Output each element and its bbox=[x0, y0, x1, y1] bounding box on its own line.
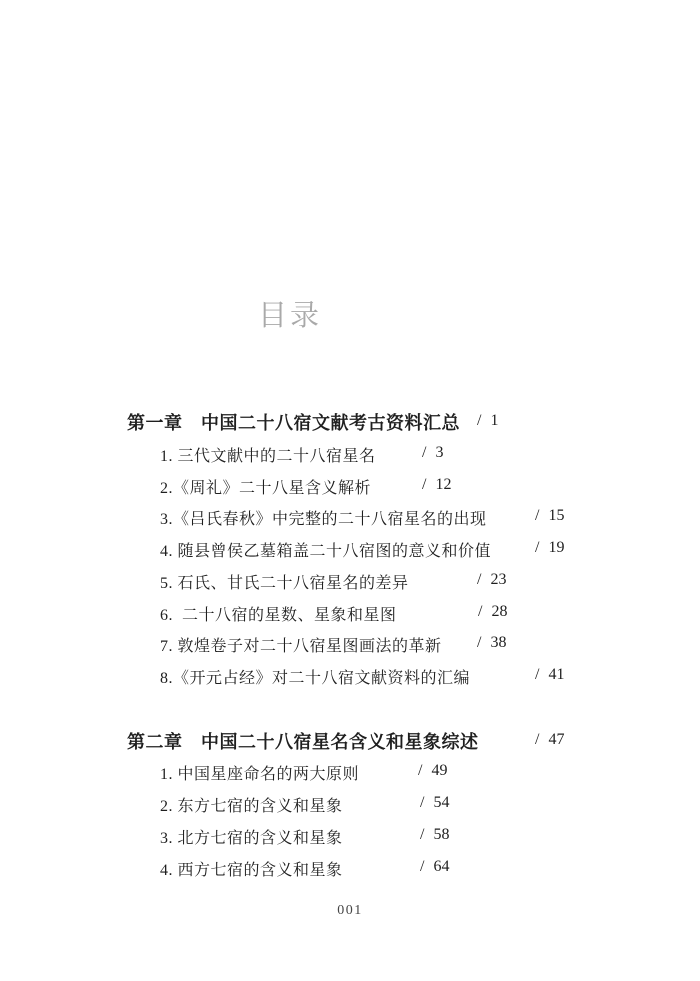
toc-item-row: 1. 中国星座命名的两大原则 / 49 bbox=[0, 761, 700, 787]
toc-item-title: 7. 敦煌卷子对二十八宿星图画法的革新 bbox=[160, 633, 442, 656]
toc-chapter-row: 第一章 中国二十八宿文献考古资料汇总 / 1 bbox=[0, 409, 700, 435]
toc-title: 目录 bbox=[258, 293, 322, 334]
toc-item-row: 5. 石氏、甘氏二十八宿星名的差异 / 23 bbox=[0, 570, 700, 596]
toc-page-ref: / 58 bbox=[420, 826, 449, 844]
toc-item-title: 5. 石氏、甘氏二十八宿星名的差异 bbox=[160, 570, 409, 593]
toc-item-title: 6. 二十八宿的星数、星象和星图 bbox=[160, 602, 397, 625]
toc-item-row: 7. 敦煌卷子对二十八宿星图画法的革新 / 38 bbox=[0, 633, 700, 659]
toc-page-ref: / 49 bbox=[418, 762, 447, 780]
toc-page-ref: / 41 bbox=[535, 666, 564, 684]
toc-chapter-row: 第二章 中国二十八宿星名含义和星象综述 / 47 bbox=[0, 728, 700, 754]
toc-page-ref: / 23 bbox=[477, 571, 506, 589]
folio-page-number: 001 bbox=[0, 903, 700, 919]
toc-page-ref: / 28 bbox=[478, 603, 507, 621]
toc-chapter-title: 第二章 中国二十八宿星名含义和星象综述 bbox=[127, 728, 479, 754]
toc-item-row: 3.《吕氏春秋》中完整的二十八宿星名的出现 / 15 bbox=[0, 506, 700, 532]
toc-item-row: 4. 西方七宿的含义和星象 / 64 bbox=[0, 857, 700, 883]
toc-item-title: 1. 中国星座命名的两大原则 bbox=[160, 761, 359, 784]
toc-item-title: 1. 三代文献中的二十八宿星名 bbox=[160, 443, 376, 466]
toc-item-row: 2. 东方七宿的含义和星象 / 54 bbox=[0, 793, 700, 819]
toc-item-row: 6. 二十八宿的星数、星象和星图 / 28 bbox=[0, 602, 700, 628]
toc-item-title: 2.《周礼》二十八星含义解析 bbox=[160, 475, 371, 498]
toc-page-ref: / 19 bbox=[535, 539, 564, 557]
toc-item-title: 2. 东方七宿的含义和星象 bbox=[160, 793, 343, 816]
toc-page-ref: / 1 bbox=[477, 412, 498, 430]
toc-item-row: 1. 三代文献中的二十八宿星名 / 3 bbox=[0, 443, 700, 469]
book-toc-page: 目录 第一章 中国二十八宿文献考古资料汇总 / 1 1. 三代文献中的二十八宿星… bbox=[0, 0, 700, 981]
toc-page-ref: / 38 bbox=[477, 634, 506, 652]
toc-item-title: 4. 西方七宿的含义和星象 bbox=[160, 857, 343, 880]
toc-page-ref: / 15 bbox=[535, 507, 564, 525]
toc-item-title: 8.《开元占经》对二十八宿文献资料的汇编 bbox=[160, 665, 470, 688]
toc-page-ref: / 64 bbox=[420, 858, 449, 876]
toc-item-row: 8.《开元占经》对二十八宿文献资料的汇编 / 41 bbox=[0, 665, 700, 691]
toc-page-ref: / 54 bbox=[420, 794, 449, 812]
toc-page-ref: / 3 bbox=[422, 444, 443, 462]
toc-chapter-title: 第一章 中国二十八宿文献考古资料汇总 bbox=[127, 409, 460, 435]
toc-item-title: 4. 随县曾侯乙墓箱盖二十八宿图的意义和价值 bbox=[160, 538, 491, 561]
toc-page-ref: / 12 bbox=[422, 476, 451, 494]
toc-item-row: 2.《周礼》二十八星含义解析 / 12 bbox=[0, 475, 700, 501]
toc-item-title: 3.《吕氏春秋》中完整的二十八宿星名的出现 bbox=[160, 506, 487, 529]
toc-item-title: 3. 北方七宿的含义和星象 bbox=[160, 825, 343, 848]
toc-page-ref: / 47 bbox=[535, 731, 564, 749]
toc-item-row: 4. 随县曾侯乙墓箱盖二十八宿图的意义和价值 / 19 bbox=[0, 538, 700, 564]
toc-item-row: 3. 北方七宿的含义和星象 / 58 bbox=[0, 825, 700, 851]
